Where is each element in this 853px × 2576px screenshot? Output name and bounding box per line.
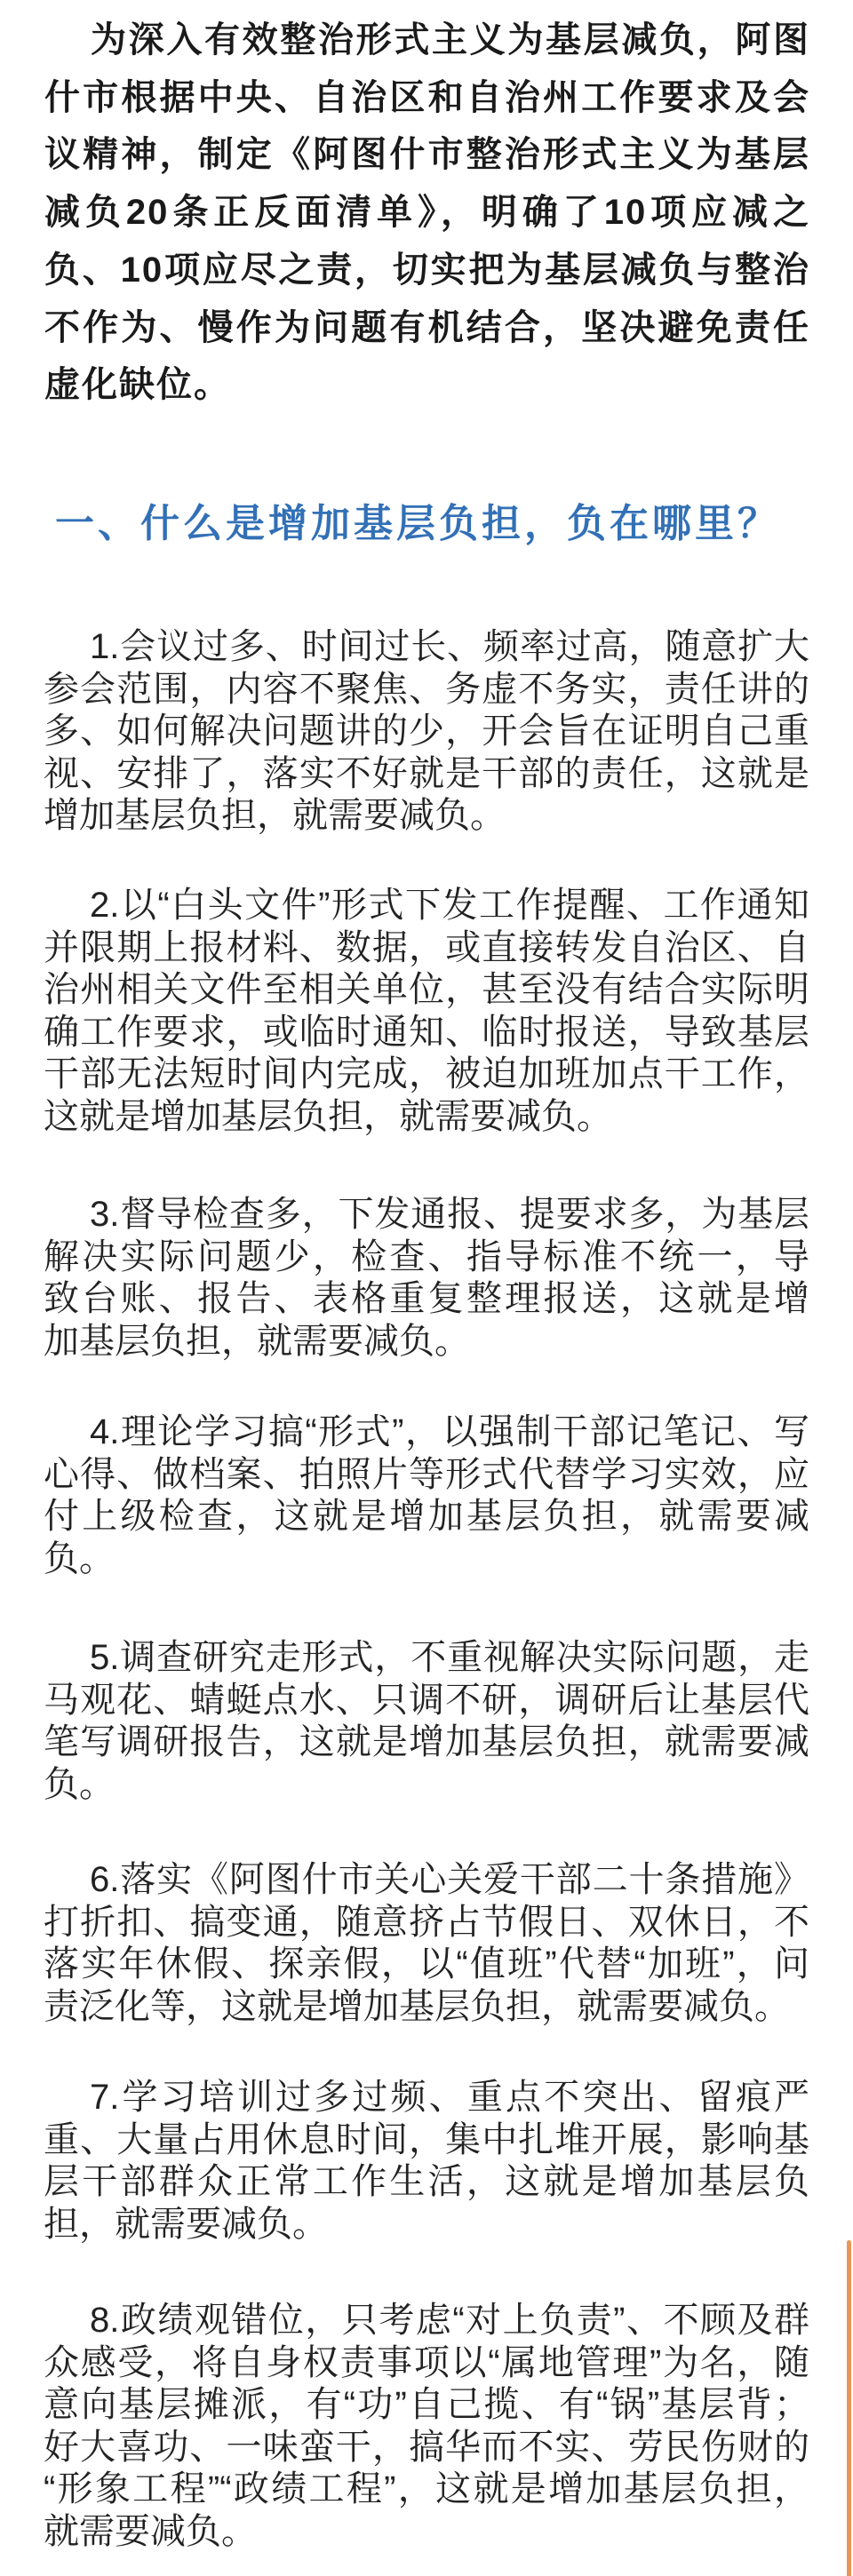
list-item-8: 8.政绩观错位，只考虑“对上负责”、不顾及群 众感受，将自身权责事项以“属地管理… <box>44 2300 809 2553</box>
list-item-line: 3.督导检查多，下发通报、提要求多，为基层 <box>44 1194 809 1236</box>
list-item-line: 并限期上报材料、数据，或直接转发自治区、自 <box>44 927 809 970</box>
list-item-line: “形象工程”“政绩工程”，这就是增加基层负担， <box>44 2469 809 2511</box>
list-item-line: 参会范围，内容不聚焦、务虚不务实，责任讲的 <box>44 669 809 712</box>
list-item-2: 2.以“白头文件”形式下发工作提醒、工作通知 并限期上报材料、数据，或直接转发自… <box>44 885 809 1138</box>
list-item-line: 治州相关文件至相关单位，甚至没有结合实际明 <box>44 969 809 1012</box>
intro-line: 为深入有效整治形式主义为基层减负，阿图 <box>44 12 810 69</box>
list-item-7: 7.学习培训过多过频、重点不突出、留痕严 重、大量占用休息时间，集中扎堆开展，影… <box>44 2077 809 2246</box>
list-item-4: 4.理论学习搞“形式”，以强制干部记笔记、写 心得、做档案、拍照片等形式代替学习… <box>44 1411 809 1580</box>
intro-line: 什市根据中央、自治区和自治州工作要求及会 <box>44 69 810 127</box>
article-body: 为深入有效整治形式主义为基层减负，阿图 什市根据中央、自治区和自治州工作要求及会… <box>0 0 853 2576</box>
intro-line: 负、10项应尽之责，切实把为基层减负与整治 <box>44 242 810 299</box>
list-item-line: 落实年休假、探亲假，以“值班”代替“加班”，问 <box>44 1944 809 1986</box>
list-item-line: 加基层负担，就需要减负。 <box>44 1321 809 1364</box>
list-item-line: 1.会议过多、时间过长、频率过高，随意扩大 <box>44 626 809 669</box>
list-item-line: 确工作要求，或临时通知、临时报送，导致基层 <box>44 1012 809 1054</box>
list-item-line: 层干部群众正常工作生活，这就是增加基层负 <box>44 2161 809 2204</box>
intro-line: 不作为、慢作为问题有机结合，坚决避免责任 <box>44 299 810 357</box>
list-item-5: 5.调查研究走形式，不重视解决实际问题，走 马观花、蜻蜓点水、只调不研，调研后让… <box>44 1637 809 1806</box>
section-heading: 一、什么是增加基层负担，负在哪里？ <box>55 497 780 551</box>
list-item-line: 解决实际问题少，检查、指导标准不统一，导 <box>44 1236 809 1279</box>
list-item-line: 笔写调研报告，这就是增加基层负担，就需要减 <box>44 1721 809 1764</box>
list-item-line: 2.以“白头文件”形式下发工作提醒、工作通知 <box>44 885 809 927</box>
list-item-1: 1.会议过多、时间过长、频率过高，随意扩大 参会范围，内容不聚焦、务虚不务实，责… <box>44 626 809 838</box>
scrollbar-thumb[interactable] <box>847 2240 851 2576</box>
list-item-line: 负。 <box>44 1764 809 1807</box>
list-item-line: 7.学习培训过多过频、重点不突出、留痕严 <box>44 2077 809 2119</box>
list-item-line: 马观花、蜻蜓点水、只调不研，调研后让基层代 <box>44 1680 809 1722</box>
list-item-line: 负。 <box>44 1538 809 1581</box>
list-item-line: 担，就需要减负。 <box>44 2204 809 2246</box>
list-item-line: 重、大量占用休息时间，集中扎堆开展，影响基 <box>44 2119 809 2162</box>
list-item-line: 心得、做档案、拍照片等形式代替学习实效，应 <box>44 1454 809 1497</box>
list-item-line: 这就是增加基层负担，就需要减负。 <box>44 1096 809 1139</box>
intro-line: 减负20条正反面清单》，明确了10项应减之 <box>44 184 810 242</box>
list-item-line: 众感受，将自身权责事项以“属地管理”为名，随 <box>44 2342 809 2385</box>
list-item-line: 视、安排了，落实不好就是干部的责任，这就是 <box>44 753 809 796</box>
list-item-line: 增加基层负担，就需要减负。 <box>44 795 809 838</box>
list-item-line: 多、如何解决问题讲的少，开会旨在证明自己重 <box>44 711 809 753</box>
list-item-line: 4.理论学习搞“形式”，以强制干部记笔记、写 <box>44 1411 809 1454</box>
list-item-line: 8.政绩观错位，只考虑“对上负责”、不顾及群 <box>44 2300 809 2342</box>
list-item-6: 6.落实《阿图什市关心关爱干部二十条措施》 打折扣、搞变通，随意挤占节假日、双休… <box>44 1859 809 2028</box>
list-item-3: 3.督导检查多，下发通报、提要求多，为基层 解决实际问题少，检查、指导标准不统一… <box>44 1194 809 1363</box>
list-item-line: 干部无法短时间内完成，被迫加班加点干工作， <box>44 1053 809 1096</box>
intro-line: 议精神，制定《阿图什市整治形式主义为基层 <box>44 126 810 184</box>
list-item-line: 好大喜功、一味蛮干，搞华而不实、劳民伤财的 <box>44 2427 809 2469</box>
list-item-line: 付上级检查，这就是增加基层负担，就需要减 <box>44 1496 809 1538</box>
list-item-line: 6.落实《阿图什市关心关爱干部二十条措施》 <box>44 1859 809 1902</box>
list-item-line: 意向基层摊派，有“功”自己揽、有“锅”基层背； <box>44 2384 809 2427</box>
intro-line: 虚化缺位。 <box>44 356 810 414</box>
list-item-line: 打折扣、搞变通，随意挤占节假日、双休日，不 <box>44 1902 809 1944</box>
list-item-line: 责泛化等，这就是增加基层负担，就需要减负。 <box>44 1986 809 2029</box>
list-item-line: 就需要减负。 <box>44 2511 809 2554</box>
list-item-line: 5.调查研究走形式，不重视解决实际问题，走 <box>44 1637 809 1680</box>
intro-paragraph: 为深入有效整治形式主义为基层减负，阿图 什市根据中央、自治区和自治州工作要求及会… <box>44 12 810 414</box>
list-item-line: 致台账、报告、表格重复整理报送，这就是增 <box>44 1278 809 1321</box>
